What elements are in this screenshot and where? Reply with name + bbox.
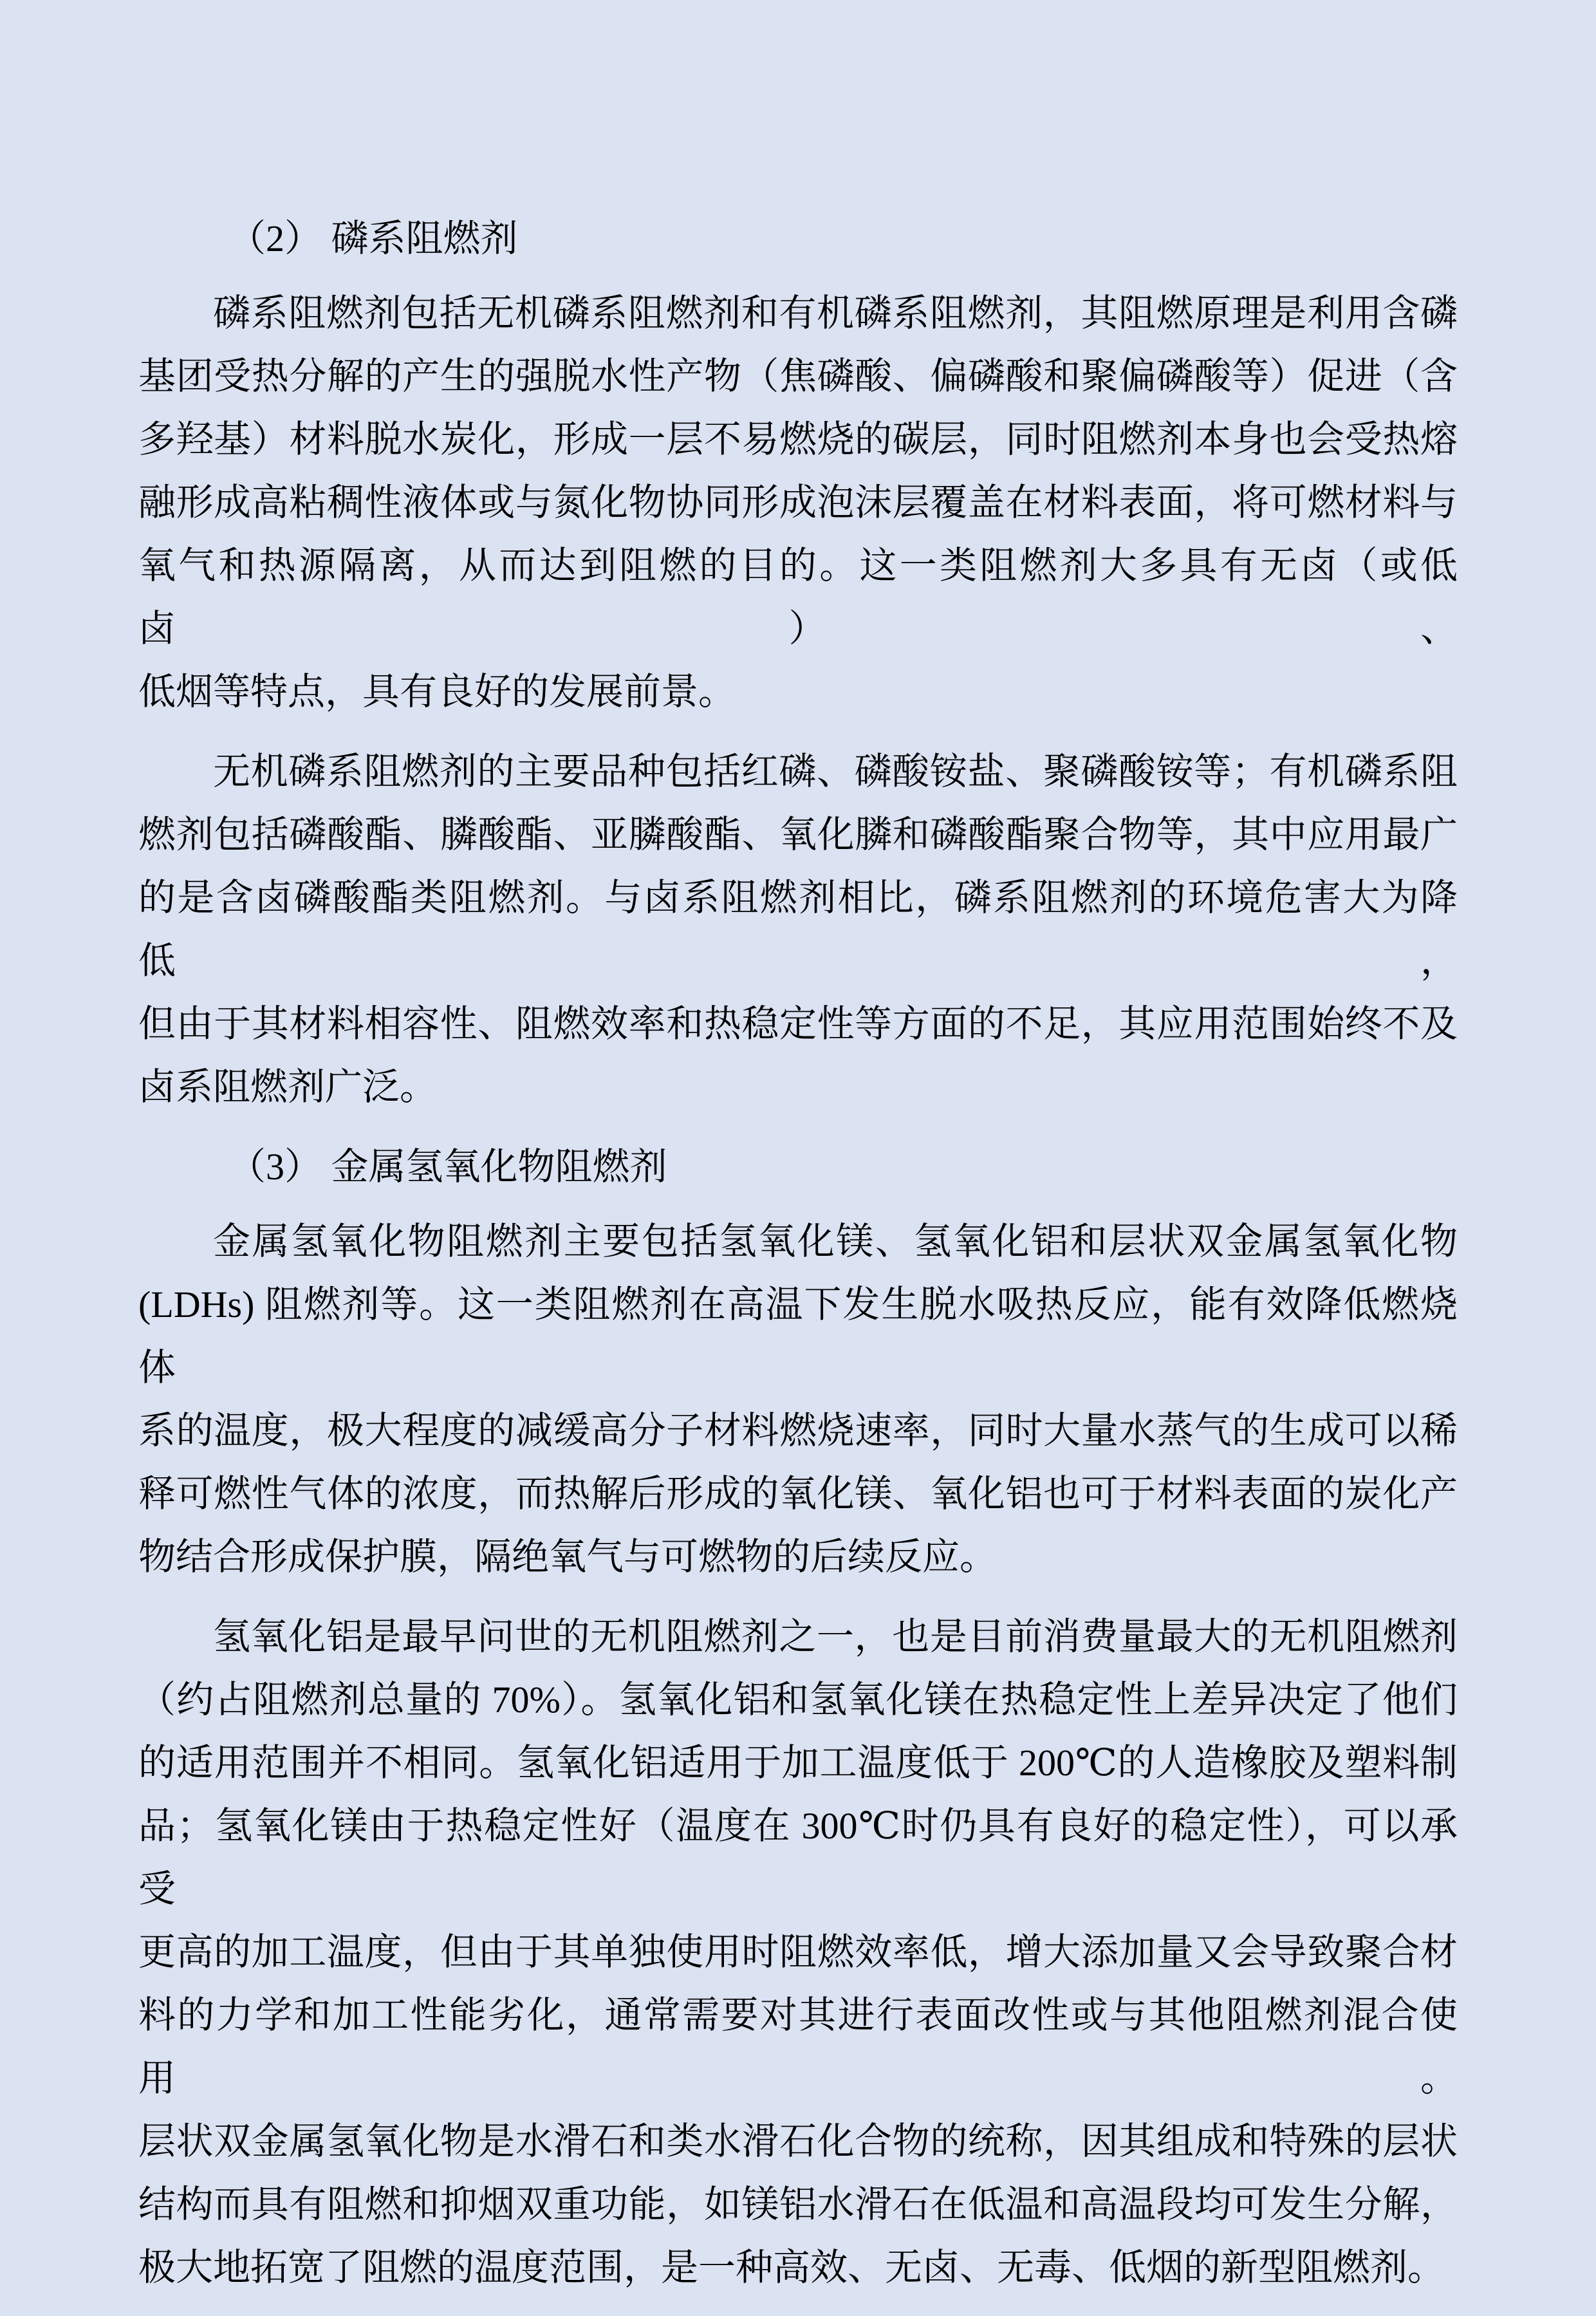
- section-heading-metal-hydroxide: （3） 金属氢氧化物阻燃剂: [138, 1135, 1458, 1199]
- text-line: 氢氧化铝是最早问世的无机阻燃剂之一，也是目前消费量最大的无机阻燃剂: [138, 1605, 1458, 1668]
- paragraph-aluminium-magnesium-ldh: 氢氧化铝是最早问世的无机阻燃剂之一，也是目前消费量最大的无机阻燃剂 （约占阻燃剂…: [138, 1605, 1458, 2299]
- paragraph-hydroxide-intro: 金属氢氧化物阻燃剂主要包括氢氧化镁、氢氧化铝和层状双金属氢氧化物 (LDHs) …: [138, 1210, 1458, 1589]
- text-line: 系的温度，极大程度的减缓高分子材料燃烧速率，同时大量水蒸气的生成可以稀: [138, 1399, 1458, 1462]
- paragraph-phosphorus-principle: 磷系阻燃剂包括无机磷系阻燃剂和有机磷系阻燃剂，其阻燃原理是利用含磷 基团受热分解…: [138, 282, 1458, 724]
- text-line: 极大地拓宽了阻燃的温度范围，是一种高效、无卤、无毒、低烟的新型阻燃剂。: [138, 2236, 1458, 2299]
- text-line: 无机磷系阻燃剂的主要品种包括红磷、磷酸铵盐、聚磷酸铵等；有机磷系阻: [138, 740, 1458, 803]
- text-line: 磷系阻燃剂包括无机磷系阻燃剂和有机磷系阻燃剂，其阻燃原理是利用含磷: [138, 282, 1458, 345]
- text-line: 的是含卤磷酸酯类阻燃剂。与卤系阻燃剂相比，磷系阻燃剂的环境危害大为降低，: [138, 866, 1458, 993]
- paragraph-phosphorus-varieties: 无机磷系阻燃剂的主要品种包括红磷、磷酸铵盐、聚磷酸铵等；有机磷系阻 燃剂包括磷酸…: [138, 740, 1458, 1119]
- text-line: 金属氢氧化物阻燃剂主要包括氢氧化镁、氢氧化铝和层状双金属氢氧化物: [138, 1210, 1458, 1273]
- text-line: 燃剂包括磷酸酯、膦酸酯、亚膦酸酯、氧化膦和磷酸酯聚合物等，其中应用最广: [138, 803, 1458, 866]
- text-line: 融形成高粘稠性液体或与氮化物协同形成泡沫层覆盖在材料表面，将可燃材料与: [138, 471, 1458, 534]
- page-content: （2） 磷系阻燃剂 磷系阻燃剂包括无机磷系阻燃剂和有机磷系阻燃剂，其阻燃原理是利…: [138, 207, 1458, 2316]
- text-line: 的适用范围并不相同。氢氧化铝适用于加工温度低于 200℃的人造橡胶及塑料制: [138, 1732, 1458, 1795]
- text-line: 但由于其材料相容性、阻燃效率和热稳定性等方面的不足，其应用范围始终不及: [138, 993, 1458, 1056]
- text-line: （约占阻燃剂总量的 70%）。氢氧化铝和氢氧化镁在热稳定性上差异决定了他们: [138, 1668, 1458, 1732]
- text-line: 品；氢氧化镁由于热稳定性好（温度在 300℃时仍具有良好的稳定性），可以承受: [138, 1795, 1458, 1921]
- text-line: 层状双金属氢氧化物是水滑石和类水滑石化合物的统称，因其组成和特殊的层状: [138, 2110, 1458, 2173]
- text-line: (LDHs) 阻燃剂等。这一类阻燃剂在高温下发生脱水吸热反应，能有效降低燃烧体: [138, 1273, 1458, 1399]
- text-line: 基团受热分解的产生的强脱水性产物（焦磷酸、偏磷酸和聚偏磷酸等）促进（含: [138, 345, 1458, 408]
- text-line: 物结合形成保护膜，隔绝氧气与可燃物的后续反应。: [138, 1526, 1458, 1589]
- text-line: 释可燃性气体的浓度，而热解后形成的氧化镁、氧化铝也可于材料表面的炭化产: [138, 1462, 1458, 1526]
- text-line: 卤系阻燃剂广泛。: [138, 1056, 1458, 1119]
- section-heading-phosphorus: （2） 磷系阻燃剂: [138, 207, 1458, 270]
- text-line: 料的力学和加工性能劣化，通常需要对其进行表面改性或与其他阻燃剂混合使用。: [138, 1984, 1458, 2110]
- text-line: 结构而具有阻燃和抑烟双重功能，如镁铝水滑石在低温和高温段均可发生分解，: [138, 2173, 1458, 2236]
- text-line: 多羟基）材料脱水炭化，形成一层不易燃烧的碳层，同时阻燃剂本身也会受热熔: [138, 408, 1458, 471]
- text-line: 氧气和热源隔离，从而达到阻燃的目的。这一类阻燃剂大多具有无卤（或低卤）、: [138, 534, 1458, 660]
- text-line: 低烟等特点，具有良好的发展前景。: [138, 660, 1458, 724]
- text-line: 更高的加工温度，但由于其单独使用时阻燃效率低，增大添加量又会导致聚合材: [138, 1921, 1458, 1984]
